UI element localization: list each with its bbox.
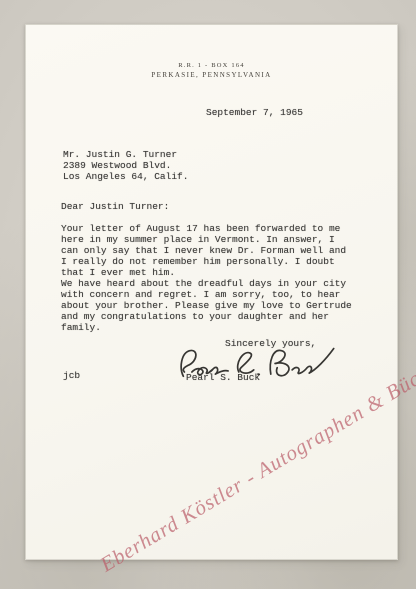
typed-signature-name: Pearl S. Buck — [186, 372, 260, 383]
letterhead-city-line: PERKASIE, PENNSYLVANIA — [26, 70, 397, 80]
letterhead: R.R. 1 - BOX 164 PERKASIE, PENNSYLVANIA — [26, 61, 397, 80]
letter-paper: R.R. 1 - BOX 164 PERKASIE, PENNSYLVANIA … — [25, 24, 398, 560]
typist-initials: jcb — [63, 370, 80, 381]
recipient-address: Mr. Justin G. Turner 2389 Westwood Blvd.… — [63, 149, 188, 182]
letterhead-address-line: R.R. 1 - BOX 164 — [26, 61, 397, 70]
date-line: September 7, 1965 — [206, 107, 303, 118]
body-paragraph-2: We have heard about the dreadful days in… — [61, 278, 352, 333]
scanned-letter-photo: { "letter": { "letterhead": { "line1": "… — [0, 0, 416, 589]
body-paragraph-1: Your letter of August 17 has been forwar… — [61, 223, 346, 278]
salutation: Dear Justin Turner: — [61, 201, 169, 212]
